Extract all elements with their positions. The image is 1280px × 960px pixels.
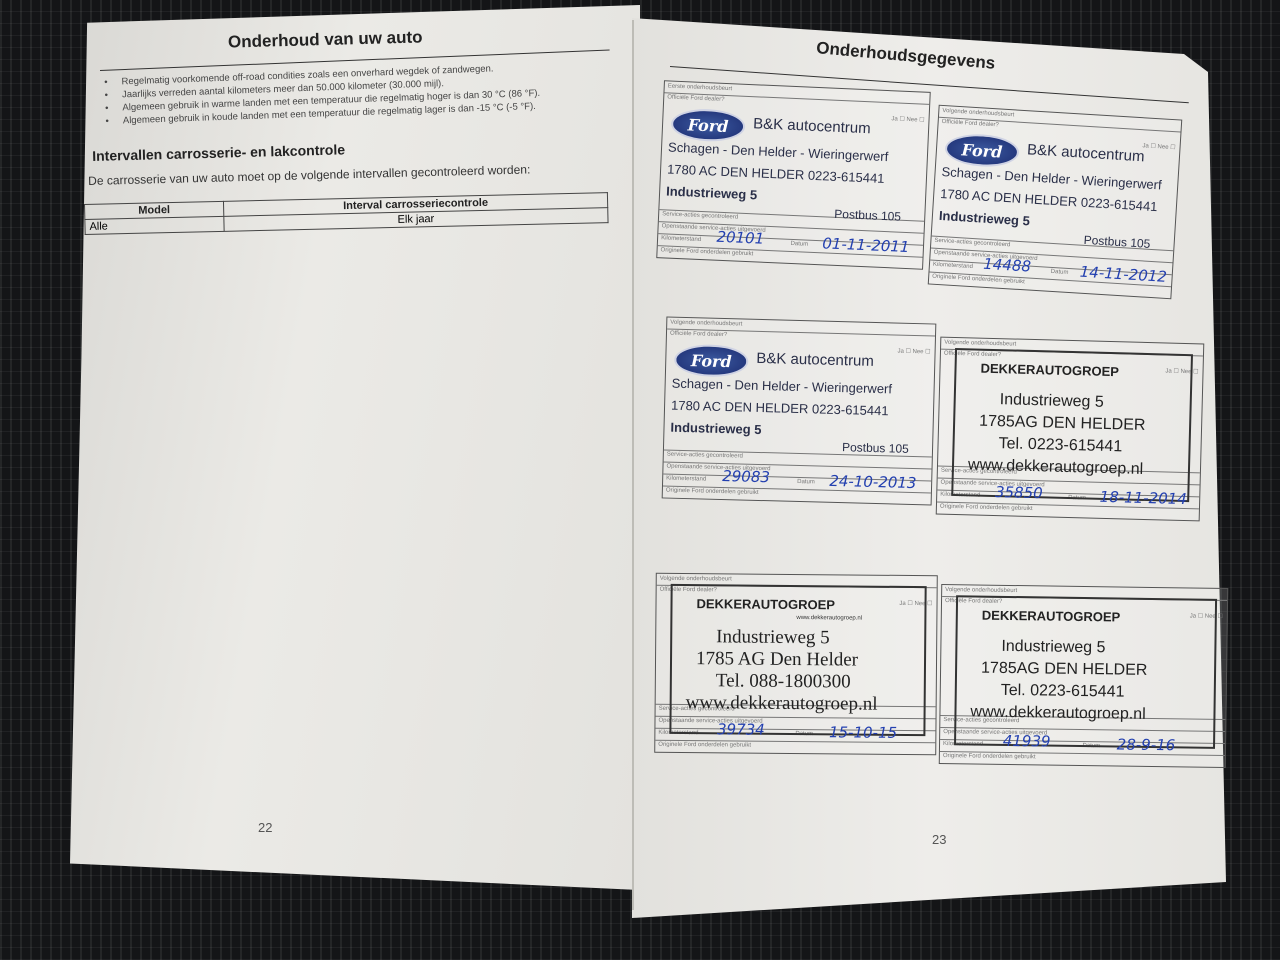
- dealer-stamp-line: Industrieweg 5: [1001, 638, 1105, 657]
- yes-no-checkbox: Ja ☐ Nee ☐: [1142, 142, 1175, 151]
- ford-logo-icon: Ford: [670, 108, 745, 143]
- date-value: 01-11-2011: [822, 234, 910, 256]
- original-parts-label: Originele Ford onderdelen gebruikt: [943, 753, 1036, 760]
- service-entry: Volgende onderhoudsbeurtOfficiële Ford d…: [939, 584, 1228, 768]
- date-label: Datum: [1051, 269, 1069, 276]
- service-entry: Volgende onderhoudsbeurtOfficiële Ford d…: [936, 337, 1205, 522]
- table-cell: Alle: [85, 216, 224, 234]
- official-dealer-label: Officiële Ford dealer?: [667, 94, 724, 102]
- odometer-value: 41939: [1003, 732, 1051, 751]
- dealer-stamp-line: Postbus 105: [834, 207, 901, 224]
- original-parts-label: Originele Ford onderdelen gebruikt: [666, 488, 759, 496]
- odometer-value: 39734: [717, 720, 765, 738]
- dealer-stamp-line: B&K autocentrum: [1027, 141, 1145, 165]
- date-value: 18-11-2014: [1099, 488, 1187, 508]
- page-number-left: 22: [258, 820, 272, 835]
- dealer-stamp-line: B&K autocentrum: [756, 350, 874, 370]
- dealer-stamp-line: Industrieweg 5: [999, 391, 1103, 412]
- entry-header: Volgende onderhoudsbeurt: [670, 320, 742, 328]
- dealer-stamp-line: B&K autocentrum: [753, 115, 871, 137]
- service-entry: Eerste onderhoudsbeurtOfficiële Ford dea…: [656, 80, 931, 269]
- service-entry: Volgende onderhoudsbeurtOfficiële Ford d…: [662, 316, 937, 505]
- yes-no-checkbox: Ja ☐ Nee ☐: [897, 348, 930, 356]
- date-label: Datum: [797, 479, 815, 485]
- dealer-stamp-line: Schagen - Den Helder - Wieringerwerf: [671, 376, 892, 397]
- dekker-logo: DEKKERAUTOGROEP: [696, 596, 835, 612]
- date-value: 24-10-2013: [829, 472, 917, 492]
- dealer-stamp-line: 1785AG DEN HELDER: [981, 660, 1148, 680]
- entry-header: Volgende onderhoudsbeurt: [660, 576, 732, 583]
- service-actions-label: Service-acties gecontroleerd: [667, 452, 743, 460]
- odometer-value: 14488: [983, 255, 1032, 276]
- dealer-stamp-line: Tel. 0223-615441: [998, 435, 1122, 456]
- dekker-logo: DEKKERAUTOGROEP: [982, 608, 1121, 625]
- entry-header: Volgende onderhoudsbeurt: [945, 587, 1017, 594]
- dealer-stamp-line: Industrieweg 5: [666, 183, 758, 202]
- page-number-right: 23: [932, 832, 946, 847]
- odometer-value: 29083: [722, 467, 770, 486]
- dealer-stamp-line: Schagen - Den Helder - Wieringerwerf: [668, 140, 889, 165]
- original-parts-label: Originele Ford onderdelen gebruikt: [940, 504, 1033, 512]
- entry-header: Eerste onderhoudsbeurt: [668, 83, 733, 92]
- odometer-label: Kilometerstand: [661, 235, 701, 243]
- dealer-stamp-line: 1785 AG Den Helder: [696, 648, 858, 671]
- ford-logo-icon: Ford: [674, 344, 749, 378]
- dealer-stamp-line: Industrieweg 5: [670, 420, 761, 437]
- left-page: [70, 5, 640, 890]
- dealer-stamp-line: Industrieweg 5: [939, 208, 1031, 229]
- dealer-stamp-line: Industrieweg 5: [716, 626, 830, 649]
- dealer-stamp-line: Postbus 105: [842, 440, 909, 456]
- ford-logo-icon: Ford: [944, 132, 1020, 168]
- dekker-url-small: www.dekkerautogroep.nl: [796, 615, 862, 622]
- official-dealer-label: Officiële Ford dealer?: [670, 331, 727, 338]
- dealer-stamp-line: Tel. 088-1800300: [716, 670, 851, 693]
- dealer-stamp-line: Postbus 105: [1083, 233, 1150, 251]
- dealer-stamp-line: Tel. 0223-615441: [1001, 682, 1125, 702]
- dealer-stamp-line: 1780 AC DEN HELDER 0223-615441: [667, 161, 885, 185]
- dealer-stamp-line: 1780 AC DEN HELDER 0223-615441: [671, 398, 889, 419]
- original-parts-label: Originele Ford onderdelen gebruikt: [658, 742, 751, 749]
- dealer-stamp-line: www.dekkerautogroep.nl: [970, 703, 1145, 723]
- service-entry: Volgende onderhoudsbeurtOfficiële Ford d…: [654, 573, 938, 755]
- yes-no-checkbox: Ja ☐ Nee ☐: [891, 115, 924, 123]
- entry-header: Volgende onderhoudsbeurt: [944, 340, 1016, 348]
- odometer-value: 20101: [716, 228, 764, 248]
- date-label: Datum: [790, 241, 808, 248]
- service-entry: Volgende onderhoudsbeurtOfficiële Ford d…: [928, 105, 1183, 300]
- dealer-stamp-line: www.dekkerautogroep.nl: [686, 692, 878, 716]
- odometer-label: Kilometerstand: [666, 476, 706, 483]
- odometer-value: 35850: [995, 483, 1043, 502]
- date-value: 15-10-15: [829, 723, 897, 742]
- date-value: 28-9-16: [1117, 735, 1176, 754]
- booklet-spine: [632, 20, 634, 910]
- odometer-label: Kilometerstand: [933, 262, 973, 270]
